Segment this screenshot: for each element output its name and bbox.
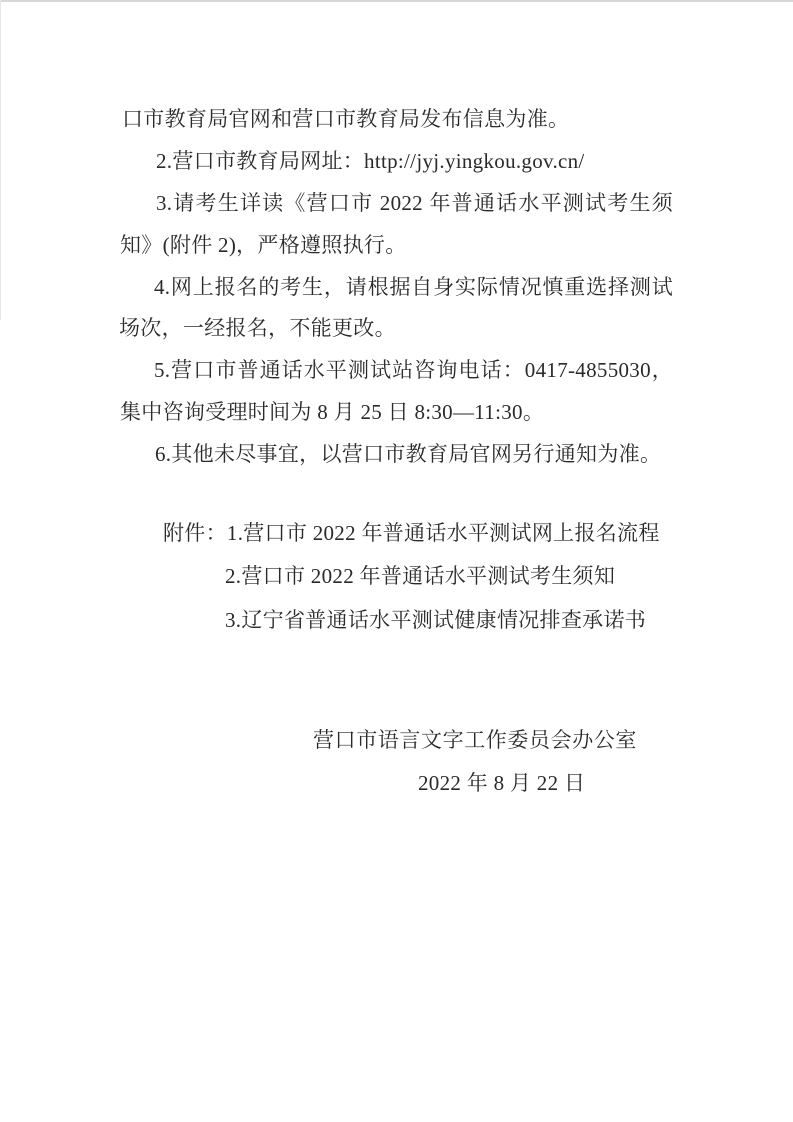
notice-item-4-line-1: 4.网上报名的考生，请根据自身实际情况慎重选择测试: [154, 274, 673, 301]
body-continuation-line: 口市教育局官网和营口市教育局发布信息为准。: [122, 106, 569, 133]
attachments-line-1: 附件：1.营口市 2022 年普通话水平测试网上报名流程: [163, 520, 660, 547]
attachment-item-3: 3.辽宁省普通话水平测试健康情况排查承诺书: [225, 607, 646, 634]
notice-item-5-line-1: 5.营口市普通话水平测试站咨询电话：0417-4855030，: [154, 357, 673, 384]
notice-item-6-line-1: 6.其他未尽事宜，以营口市教育局官网另行通知为准。: [155, 441, 661, 468]
signature-organization: 营口市语言文字工作委员会办公室: [313, 727, 637, 754]
attachment-item-1: 1.营口市 2022 年普通话水平测试网上报名流程: [227, 521, 660, 545]
notice-item-3-line-1: 3.请考生详读《营口市 2022 年普通话水平测试考生须: [156, 190, 673, 217]
signature-date: 2022 年 8 月 22 日: [418, 770, 585, 797]
notice-item-4-line-2: 场次，一经报名，不能更改。: [119, 315, 396, 342]
attachments-label: 附件：: [163, 521, 227, 545]
notice-item-3-line-2: 知》(附件 2)，严格遵照执行。: [120, 232, 407, 259]
notice-document-page: 口市教育局官网和营口市教育局发布信息为准。 2.营口市教育局网址：http://…: [0, 0, 793, 1122]
notice-item-5-line-2: 集中咨询受理时间为 8 月 25 日 8:30—11:30。: [120, 399, 544, 426]
scan-left-edge-artifact: [0, 0, 1, 320]
attachment-item-2: 2.营口市 2022 年普通话水平测试考生须知: [225, 563, 615, 590]
notice-item-2-line-1: 2.营口市教育局网址：http://jyj.yingkou.gov.cn/: [156, 148, 585, 175]
scan-top-edge-artifact: [0, 0, 793, 2]
